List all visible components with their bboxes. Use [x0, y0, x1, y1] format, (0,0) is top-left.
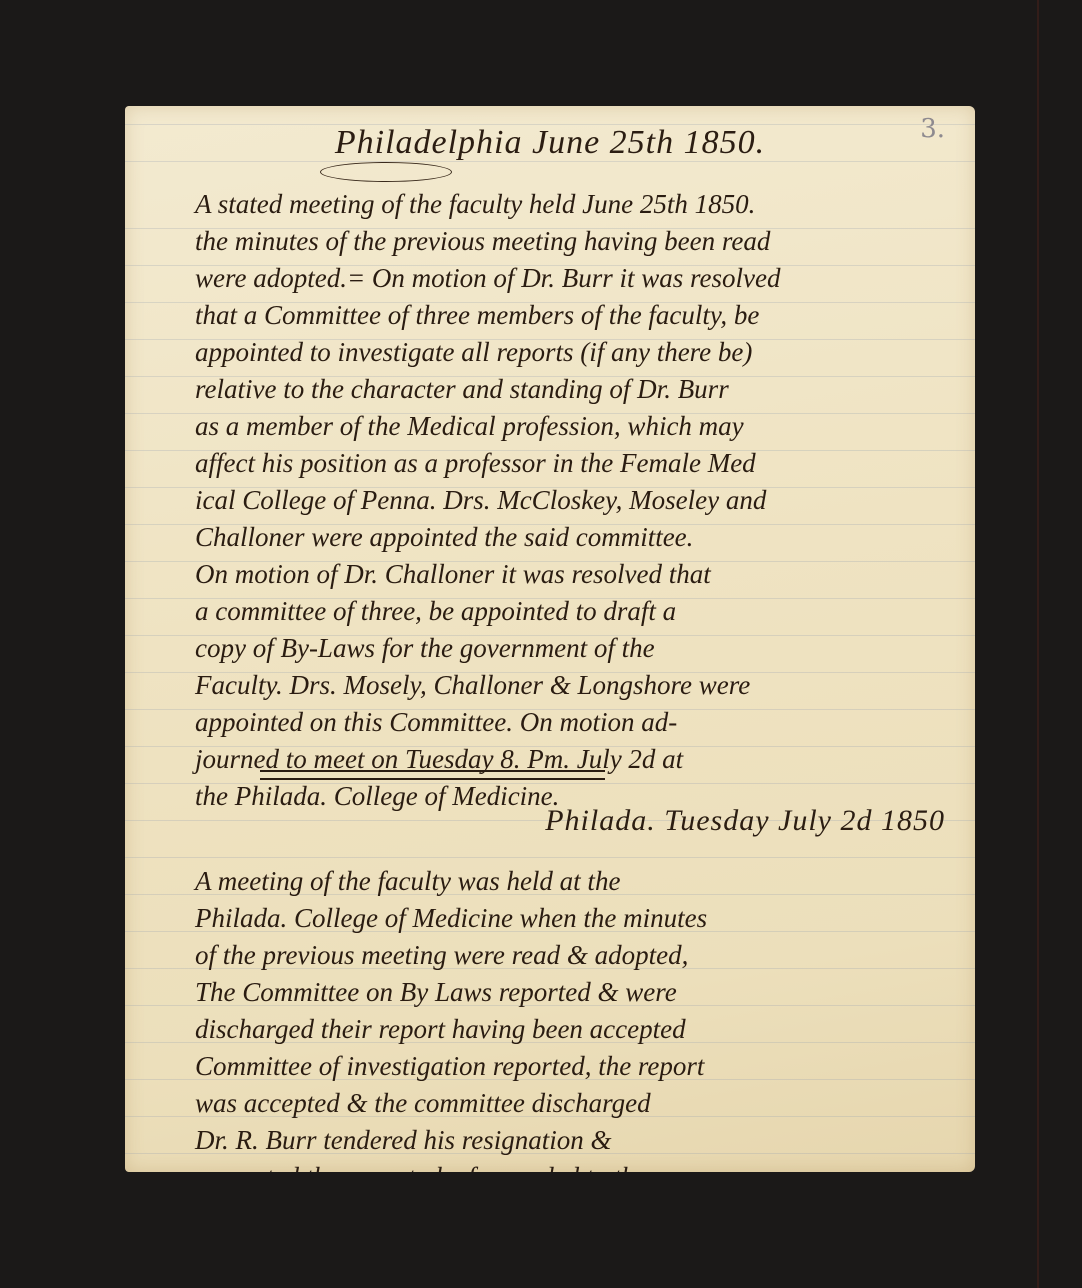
manuscript-line: appointed on this Committee. On motion a… — [195, 704, 940, 741]
manuscript-line: Faculty. Drs. Mosely, Challoner & Longsh… — [195, 667, 940, 704]
manuscript-line: ical College of Penna. Drs. McCloskey, M… — [195, 482, 940, 519]
manuscript-line: The Committee on By Laws reported & were — [195, 974, 940, 1011]
section-divider — [260, 770, 605, 780]
manuscript-line: the minutes of the previous meeting havi… — [195, 223, 940, 260]
manuscript-line: that a Committee of three members of the… — [195, 297, 940, 334]
manuscript-line: Committee of investigation reported, the… — [195, 1048, 940, 1085]
manuscript-line: A meeting of the faculty was held at the — [195, 863, 940, 900]
manuscript-line: appointed to investigate all reports (if… — [195, 334, 940, 371]
entry1-heading: Philadelphia June 25th 1850. — [125, 124, 975, 162]
entry1-body: A stated meeting of the faculty held Jun… — [195, 186, 940, 815]
manuscript-line: affect his position as a professor in th… — [195, 445, 940, 482]
manuscript-line: Challoner were appointed the said commit… — [195, 519, 940, 556]
manuscript-line: On motion of Dr. Challoner it was resolv… — [195, 556, 940, 593]
heading-flourish — [320, 162, 452, 182]
manuscript-line: relative to the character and standing o… — [195, 371, 940, 408]
manuscript-line: A stated meeting of the faculty held Jun… — [195, 186, 940, 223]
manuscript-line: Dr. R. Burr tendered his resignation & — [195, 1122, 940, 1159]
manuscript-line: Philada. College of Medicine when the mi… — [195, 900, 940, 937]
manuscript-line: a committee of three, be appointed to dr… — [195, 593, 940, 630]
manuscript-line: were adopted.= On motion of Dr. Burr it … — [195, 260, 940, 297]
manuscript-line: of the previous meeting were read & adop… — [195, 937, 940, 974]
manuscript-line: copy of By-Laws for the government of th… — [195, 630, 940, 667]
manuscript-line: discharged their report having been acce… — [195, 1011, 940, 1048]
manuscript-page: 3. Philadelphia June 25th 1850. A stated… — [125, 106, 975, 1172]
manuscript-line: as a member of the Medical profession, w… — [195, 408, 940, 445]
background-binding-line — [1037, 0, 1039, 1288]
manuscript-line: requested the same to be forwarded to th… — [195, 1159, 940, 1172]
entry2-body: A meeting of the faculty was held at the… — [195, 863, 940, 1172]
manuscript-line: was accepted & the committee discharged — [195, 1085, 940, 1122]
entry2-heading: Philada. Tuesday July 2d 1850 — [125, 804, 975, 838]
